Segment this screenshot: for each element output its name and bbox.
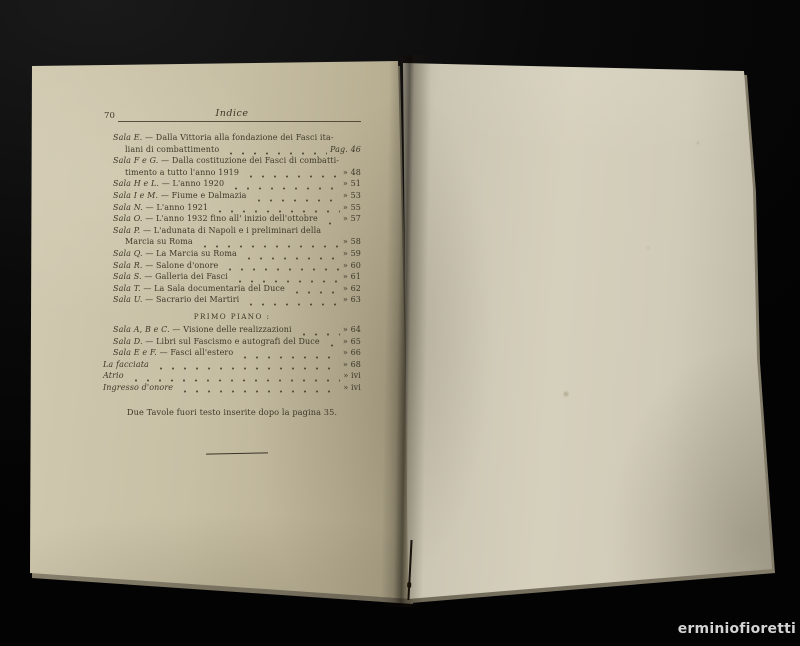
toc-entry-page: Pag. 46 <box>330 144 361 156</box>
toc-entry-sala: Sala E. <box>113 132 142 144</box>
toc-entry-sala: Sala Q. <box>113 248 143 260</box>
toc-entry-sala: Atrio <box>103 370 124 382</box>
dot-leader <box>322 216 340 225</box>
toc-entry-sala: Sala I e M. <box>113 190 158 202</box>
toc-entry-text: — L'adunata di Napoli e i preliminari de… <box>140 225 321 237</box>
toc-entry-text: — L'anno 1920 <box>159 178 224 190</box>
toc-entry-text: timento a tutto l'anno 1919 <box>125 167 239 179</box>
toc-entry: Atrio» ivi <box>103 370 361 382</box>
toc-entry-sala: Sala F e G. <box>113 155 158 167</box>
toc-entry: Sala R. — Salone d'onore» 60 <box>103 260 361 272</box>
toc-entry-text: — Fasci all'estero <box>157 347 233 359</box>
toc-entry-text: — Visione delle realizzazioni <box>170 324 292 336</box>
toc-entry: Sala S. — Galleria dei Fasci» 61 <box>103 271 361 283</box>
toc-entry: timento a tutto l'anno 1919» 48 <box>103 167 361 179</box>
toc-entry-sala: Sala N. <box>113 202 143 214</box>
toc-entry: Sala I e M. — Fiume e Dalmazia» 53 <box>103 190 361 202</box>
dot-leader <box>128 373 341 382</box>
toc-entry-text: — Fiume e Dalmazia <box>158 190 246 202</box>
dot-leader <box>296 327 340 336</box>
toc-entry-page: » 64 <box>343 324 361 336</box>
watermark: erminiofioretti <box>678 621 796 637</box>
toc-entry: Sala P. — L'adunata di Napoli e i prelim… <box>103 225 361 237</box>
toc-entry-page: » 62 <box>343 283 361 295</box>
toc-entry-page: » 65 <box>343 336 361 348</box>
toc-entry-text: — L'anno 1921 <box>143 202 208 214</box>
toc-entry-text: Marcia su Roma <box>125 236 193 248</box>
dot-leader <box>222 262 340 271</box>
left-page: 70 Indice Sala E. — Dalla Vittoria alla … <box>28 58 418 603</box>
dot-leader <box>324 338 340 347</box>
toc-entry-sala: Sala P. <box>113 225 140 237</box>
toc-entry-text: — Galleria dei Fasci <box>142 271 228 283</box>
toc-entry: Marcia su Roma» 58 <box>103 236 361 248</box>
toc-entry-page: » 61 <box>343 271 361 283</box>
toc-entry: Sala E. — Dalla Vittoria alla fondazione… <box>103 132 361 144</box>
header-rule <box>118 121 361 122</box>
toc-entry-page: » 66 <box>343 347 361 359</box>
dot-leader <box>241 251 340 260</box>
toc-entry: Sala U. — Sacrario dei Martiri» 63 <box>103 294 361 306</box>
toc-entry-sala: Sala E e F. <box>113 347 157 359</box>
toc-entry: Sala N. — L'anno 1921» 55 <box>103 202 361 214</box>
toc-entry-sala: Sala D. <box>113 336 143 348</box>
dot-leader <box>243 297 340 306</box>
toc-entry-text: — Dalla Vittoria alla fondazione dei Fas… <box>142 132 333 144</box>
toc-entry-text: — Sacrario dei Martiri <box>143 294 240 306</box>
toc-entry-sala: Sala H e L. <box>113 178 159 190</box>
toc-entry-page: » 55 <box>343 202 361 214</box>
toc-header: 70 Indice <box>103 104 361 122</box>
toc-entry: Sala D. — Libri sul Fascismo e autografi… <box>103 336 361 348</box>
toc-entry-text: — La Marcia su Roma <box>143 248 237 260</box>
dot-leader <box>289 285 340 294</box>
toc-entry-text: — Dalla costituzione dei Fasci di combat… <box>158 155 339 167</box>
dot-leader <box>223 146 327 155</box>
page-title: Indice <box>103 108 361 120</box>
toc-entry-text: liani di combattimento <box>125 144 219 156</box>
toc-entry: Sala A, B e C. — Visione delle realizzaz… <box>103 324 361 336</box>
toc-entry: liani di combattimentoPag. 46 <box>103 144 361 156</box>
section-heading: PRIMO PIANO : <box>103 310 361 324</box>
toc-entry: La facciata» 68 <box>103 359 361 371</box>
toc-entry: Sala H e L. — L'anno 1920» 51 <box>103 178 361 190</box>
toc-entry-text: — Salone d'onore <box>143 260 219 272</box>
toc-entry-text: — Libri sul Fascismo e autografi del Duc… <box>143 336 320 348</box>
toc-entry-page: » 60 <box>343 260 361 272</box>
toc-entry: Ingresso d'onore» ivi <box>103 382 361 394</box>
dot-leader <box>237 350 340 359</box>
right-page-blank <box>398 58 780 604</box>
dot-leader <box>197 239 340 248</box>
toc-entry-sala: La facciata <box>103 359 149 371</box>
toc-entry-page: » 58 <box>343 236 361 248</box>
footnote: Due Tavole fuori testo inserite dopo la … <box>103 407 361 419</box>
toc-entry: Sala F e G. — Dalla costituzione dei Fas… <box>103 155 361 167</box>
toc-entry-page: » 48 <box>343 167 361 179</box>
toc-entry-page: » 53 <box>343 190 361 202</box>
toc-entry-sala: Sala T. <box>113 283 141 295</box>
toc-entry-sala: Sala A, B e C. <box>113 324 170 336</box>
toc-entry: Sala Q. — La Marcia su Roma» 59 <box>103 248 361 260</box>
toc-entry-page: » ivi <box>343 370 361 382</box>
toc-entry-text: — La Sala documentaria del Duce <box>141 283 285 295</box>
toc-entry-page: » 68 <box>343 359 361 371</box>
dot-leader <box>153 361 340 370</box>
toc-entry-page: » ivi <box>343 382 361 394</box>
separator-rule <box>206 452 268 454</box>
toc-entry-sala: Sala U. <box>113 294 143 306</box>
toc-entry: Sala O. — L'anno 1932 fino all' inizio d… <box>103 213 361 225</box>
toc-entry-sala: Sala R. <box>113 260 143 272</box>
dot-leader <box>212 204 340 213</box>
toc-entry-sala: Ingresso d'onore <box>103 382 173 394</box>
toc-entry-page: » 63 <box>343 294 361 306</box>
toc-entry: Sala E e F. — Fasci all'estero» 66 <box>103 347 361 359</box>
toc-entry-page: » 51 <box>343 178 361 190</box>
dot-leader <box>232 274 340 283</box>
toc-entry-text: — L'anno 1932 fino all' inizio dell'otto… <box>143 213 318 225</box>
photo-scene: 70 Indice Sala E. — Dalla Vittoria alla … <box>0 0 800 646</box>
dot-leader <box>228 181 340 190</box>
toc-entry-page: » 59 <box>343 248 361 260</box>
toc-entry-page: » 57 <box>343 213 361 225</box>
toc-entry: Sala T. — La Sala documentaria del Duce»… <box>103 283 361 295</box>
toc-entry-sala: Sala S. <box>113 271 142 283</box>
dot-leader <box>251 193 340 202</box>
index-toc: 70 Indice Sala E. — Dalla Vittoria alla … <box>103 104 361 419</box>
dot-leader <box>243 169 340 178</box>
dot-leader <box>177 384 340 393</box>
toc-entry-sala: Sala O. <box>113 213 143 225</box>
